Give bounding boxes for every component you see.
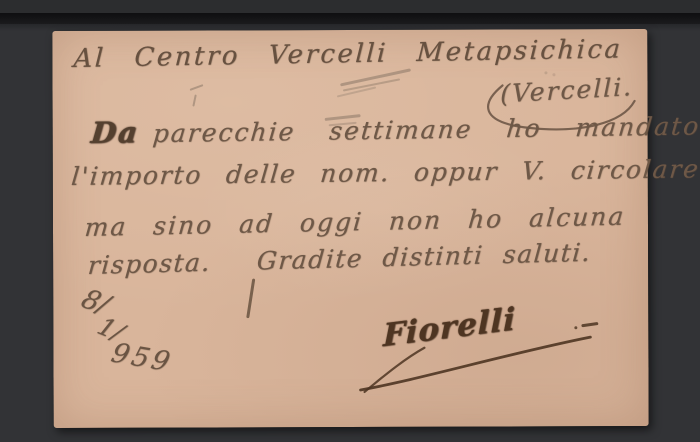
- smudge-mark: [190, 84, 204, 91]
- ink-dot: [544, 71, 547, 74]
- address-line: Al Centro Vercelli Metapsichica: [73, 34, 623, 74]
- letter-descender-stroke: [246, 278, 255, 318]
- body-line-2-text: l'importo delle nom. oppur V. circolare: [70, 154, 700, 191]
- body-line-4-lead: risposta.: [87, 248, 212, 280]
- date-year: 959: [108, 338, 176, 378]
- background-upper-strip: [0, 0, 700, 13]
- body-line-4-text: Gradite distinti saluti.: [256, 238, 593, 276]
- body-line-3: ma sino ad oggi non ho alcuna: [84, 202, 627, 242]
- body-line-1-lead: Da: [90, 115, 141, 150]
- smudge-mark: [192, 94, 196, 106]
- background-ridge-line: [0, 13, 700, 24]
- body-line-2: l'importo delle nom. oppur V. circolare: [70, 154, 700, 191]
- address-text: Al Centro Vercelli Metapsichica: [73, 34, 623, 74]
- body-line-3-text: ma sino ad oggi non ho alcuna: [84, 202, 627, 242]
- body-line-1: Daparecchie settimane ho mandato: [90, 107, 700, 150]
- body-line-4: risposta.Gradite distinti saluti.: [87, 238, 593, 280]
- ink-dot: [552, 73, 555, 76]
- signature-dot: [574, 326, 577, 329]
- body-line-1-text: parecchie settimane ho mandato: [152, 111, 700, 148]
- postcard: Al Centro Vercelli Metapsichica (Vercell…: [52, 29, 648, 428]
- photo-background: Al Centro Vercelli Metapsichica (Vercell…: [0, 0, 700, 442]
- date: 8/ 1/ 959: [83, 280, 213, 395]
- signature-block: Fiorelli: [348, 309, 628, 405]
